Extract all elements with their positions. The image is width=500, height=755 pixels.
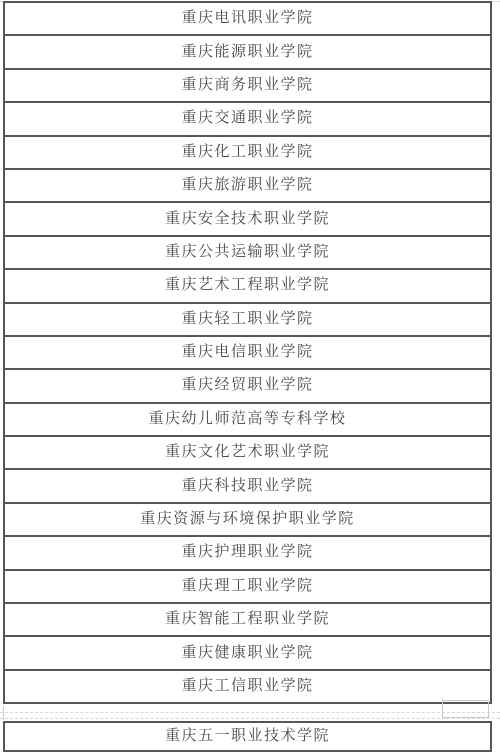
college-name: 重庆艺术工程职业学院 — [165, 278, 330, 293]
college-table-continued: 重庆五一职业技术学院 — [3, 721, 492, 752]
college-name: 重庆商务职业学院 — [181, 78, 313, 93]
college-name: 重庆资源与环境保护职业学院 — [140, 512, 355, 527]
college-name: 重庆智能工程职业学院 — [165, 612, 330, 627]
college-name: 重庆交通职业学院 — [181, 111, 313, 126]
college-name: 重庆旅游职业学院 — [181, 178, 313, 193]
table-row: 重庆电讯职业学院 — [5, 3, 490, 36]
gridline-break-lower — [0, 718, 500, 719]
college-table: 重庆电讯职业学院 重庆能源职业学院 重庆商务职业学院 重庆交通职业学院 重庆化工… — [3, 1, 492, 704]
college-name: 重庆文化艺术职业学院 — [165, 445, 330, 460]
college-name: 重庆轻工职业学院 — [181, 312, 313, 327]
document-page: 重庆电讯职业学院 重庆能源职业学院 重庆商务职业学院 重庆交通职业学院 重庆化工… — [0, 0, 500, 755]
college-name: 重庆幼儿师范高等专科学校 — [148, 412, 346, 427]
table-row: 重庆轻工职业学院 — [5, 304, 490, 337]
table-row: 重庆护理职业学院 — [5, 537, 490, 570]
gridline-break-upper — [0, 712, 500, 713]
table-row: 重庆文化艺术职业学院 — [5, 437, 490, 470]
table-row: 重庆经贸职业学院 — [5, 370, 490, 403]
table-row: 重庆电信职业学院 — [5, 337, 490, 370]
table-row: 重庆艺术工程职业学院 — [5, 270, 490, 303]
table-resize-handle[interactable] — [442, 700, 489, 718]
table-row: 重庆资源与环境保护职业学院 — [5, 504, 490, 537]
college-name: 重庆电信职业学院 — [181, 345, 313, 360]
table-row: 重庆旅游职业学院 — [5, 170, 490, 203]
table-row: 重庆智能工程职业学院 — [5, 604, 490, 637]
college-name: 重庆化工职业学院 — [181, 145, 313, 160]
table-row: 重庆幼儿师范高等专科学校 — [5, 404, 490, 437]
table-row: 重庆五一职业技术学院 — [5, 723, 490, 750]
table-row: 重庆公共运输职业学院 — [5, 237, 490, 270]
table-row: 重庆理工职业学院 — [5, 571, 490, 604]
college-name: 重庆公共运输职业学院 — [165, 245, 330, 260]
college-name: 重庆五一职业技术学院 — [165, 729, 330, 744]
college-name: 重庆安全技术职业学院 — [165, 212, 330, 227]
table-row: 重庆交通职业学院 — [5, 103, 490, 136]
table-row: 重庆科技职业学院 — [5, 470, 490, 503]
college-name: 重庆理工职业学院 — [181, 579, 313, 594]
table-row: 重庆能源职业学院 — [5, 36, 490, 69]
college-name: 重庆护理职业学院 — [181, 545, 313, 560]
table-row: 重庆安全技术职业学院 — [5, 203, 490, 236]
college-name: 重庆工信职业学院 — [181, 679, 313, 694]
college-name: 重庆科技职业学院 — [181, 479, 313, 494]
table-row: 重庆商务职业学院 — [5, 70, 490, 103]
college-name: 重庆电讯职业学院 — [181, 11, 313, 26]
college-name: 重庆能源职业学院 — [181, 45, 313, 60]
college-name: 重庆经贸职业学院 — [181, 378, 313, 393]
table-row: 重庆化工职业学院 — [5, 137, 490, 170]
table-row: 重庆工信职业学院 — [5, 671, 490, 702]
table-row: 重庆健康职业学院 — [5, 637, 490, 670]
college-name: 重庆健康职业学院 — [181, 646, 313, 661]
